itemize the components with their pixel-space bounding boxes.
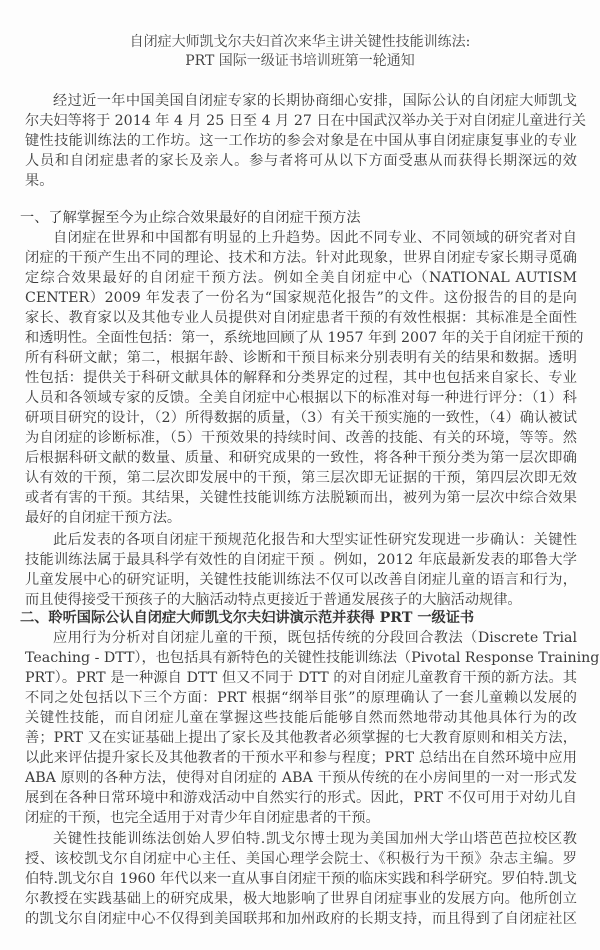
- section-2-paragraph-1-line: 善；PRT 又在实证基础上提出了家长及其他教者必须掌握的七大教育原则和相关方法，: [25, 728, 577, 748]
- section-1-paragraph-1-line: 人员和各领域专家的反馈。全美自闭症中心根据以下的标准对每一种进行评分：（1）科: [25, 388, 577, 408]
- section-1-paragraph-1-line: 性包括：提供关于科研文献具体的解释和分类界定的过程，其中也包括来自家长、专业: [25, 368, 577, 388]
- section-2-paragraph-1-line: 关键性技能，而自闭症儿童在掌握这些技能后能够自然而然地带动其他具体行为的改: [25, 708, 577, 728]
- section-1-paragraph-1-line: 定综合效果最好的自闭症干预方法。例如全美自闭症中心（NATIONAL AUTIS…: [25, 268, 577, 288]
- section-1-paragraph-1-line: 最好的自闭症干预方法。: [25, 508, 577, 528]
- section-1-paragraph-1-line: CENTER）2009 年发表了一份名为“国家规范化报告”的文件。这份报告的目的…: [25, 288, 577, 308]
- section-1-paragraph-1-line: 自闭症在世界和中国都有明显的上升趋势。因此不同专业、不同领域的研究者对自: [53, 228, 577, 248]
- intro-line: 果。: [25, 171, 577, 191]
- section-1-heading: 一、了解掌握至今为止综合效果最好的自闭症干预方法: [20, 208, 572, 228]
- intro-line: 人员和自闭症患者的家长及亲人。参与者将可从以下方面受惠从而获得长期深远的效: [25, 151, 577, 171]
- section-1-paragraph-2-line: 此后发表的各项自闭症干预规范化报告和大型实证性研究发现进一步确认：关键性: [53, 530, 577, 550]
- section-2-paragraph-1-line: 展到在各种日常环境中和游戏活动中自然实行的形式。因此，PRT 不仅可用于对幼儿自: [25, 788, 577, 808]
- intro-line: 经过近一年中国美国自闭症专家的长期协商细心安排，国际公认的自闭症大师凯戈: [53, 91, 577, 111]
- document-title-line-2: PRT 国际一级证书培训班第一轮通知: [0, 52, 600, 70]
- section-2-paragraph-2-line: 授、该校凯戈尔自闭症中心主任、美国心理学会院士、《积极行为干预》杂志主编。罗: [25, 849, 577, 869]
- section-1-paragraph-2-line: 儿童发展中心的研究证明，关键性技能训练法不仅可以改善自闭症儿童的语言和行为，: [25, 570, 577, 590]
- section-2-paragraph-2-line: 尔教授在实践基础上的研究成果，极大地影响了世界自闭症事业的发展方向。他所创立: [25, 889, 577, 909]
- section-1-paragraph-2-line: 技能训练法属于最具科学有效性的自闭症干预 。例如，2012 年底最新发表的耶鲁大…: [25, 550, 577, 570]
- section-2-paragraph-1-line: PRT）。PRT 是一种源自 DTT 但又不同于 DTT 的对自闭症儿童教育干预…: [25, 668, 577, 688]
- section-2-paragraph-1-line: Teaching - DTT），也包括具有新特色的关键性技能训练法（Pivota…: [25, 648, 577, 668]
- section-2-paragraph-2-line: 的凯戈尔自闭症中心不仅得到美国联邦和加州政府的长期支持，而且得到了自闭症社区: [25, 909, 577, 929]
- section-2-paragraph-1-line: 应用行为分析对自闭症儿童的干预，既包括传统的分段回合教法（Discrete Tr…: [53, 628, 577, 648]
- section-1-paragraph-1-line: 为自闭症的诊断标准，（5）干预效果的持续时间、改善的技能、有关的环境，等等。然: [25, 428, 577, 448]
- section-1-paragraph-2-line: 而且使得接受干预孩子的大脑活动特点更接近于普通发展孩子的大脑活动规律。: [25, 590, 577, 610]
- section-2-paragraph-1-line: 闭症的干预，也完全适用于对青少年自闭症患者的干预。: [25, 808, 577, 828]
- document-title-line-1: 自闭症大师凯戈尔夫妇首次来华主讲关键性技能训练法:: [0, 33, 600, 51]
- intro-line: 键性技能训练法的工作坊。这一工作坊的参会对象是在中国从事自闭症康复事业的专业: [25, 131, 577, 151]
- section-1-paragraph-1-line: 认有效的干预，第二层次即发展中的干预，第三层次即无证据的干预，第四层次即无效: [25, 468, 577, 488]
- section-1-paragraph-1-line: 或者有害的干预。其结果，关键性技能训练方法脱颖而出，被列为第一层次中综合效果: [25, 488, 577, 508]
- section-1-paragraph-1-line: 后根据科研文献的数量、质量、和研究成果的一致性，将各种干预分类为第一层次即确: [25, 448, 577, 468]
- section-2-paragraph-1-line: 不同之处包括以下三个方面：PRT 根据“纲举目张”的原理确认了一套儿童赖以发展的: [25, 688, 577, 708]
- intro-line: 尔夫妇等将于 2014 年 4 月 25 日至 4 月 27 日在中国武汉举办关…: [25, 111, 577, 131]
- section-2-paragraph-1-line: 以此来评估提升家长及其他教者的干预水平和参与程度；PRT 总结出在自然环境中应用: [25, 748, 577, 768]
- section-2-paragraph-1-line: ABA 原则的各种方法，使得对自闭症的 ABA 干预从传统的在小房间里的一对一形…: [25, 768, 577, 788]
- section-1-paragraph-1-line: 研项目研究的设计，（2）所得数据的质量，（3）有关干预实施的一致性，（4）确认被…: [25, 408, 577, 428]
- section-1-paragraph-1-line: 所有科研文献；第二，根据年龄、诊断和干预目标来分别表明有关的结果和数据。透明: [25, 348, 577, 368]
- section-2-paragraph-2-line: 关键性技能训练法创始人罗伯特.凯戈尔博士现为美国加州大学山塔芭芭拉校区教: [53, 829, 577, 849]
- section-2-paragraph-2-line: 伯特.凯戈尔自 1960 年代以来一直从事自闭症干预的临床实践和科学研究。罗伯特…: [25, 869, 577, 889]
- document-page: 自闭症大师凯戈尔夫妇首次来华主讲关键性技能训练法: PRT 国际一级证书培训班第…: [0, 0, 600, 950]
- section-1-paragraph-1-line: 和透明性。全面性包括：第一，系统地回顾了从 1957 年到 2007 年的关于自…: [25, 328, 577, 348]
- section-1-paragraph-1-line: 家长、教育家以及其他专业人员提供对自闭症患者干预的有效性根据：其标准是全面性: [25, 308, 577, 328]
- section-2-heading: 二、聆听国际公认自闭症大师凯戈尔夫妇讲演示范并获得 PRT 一级证书: [20, 608, 572, 628]
- section-1-paragraph-1-line: 闭症的干预产生出不同的理论、技术和方法。针对此现象，世界自闭症专家长期寻觅确: [25, 248, 577, 268]
